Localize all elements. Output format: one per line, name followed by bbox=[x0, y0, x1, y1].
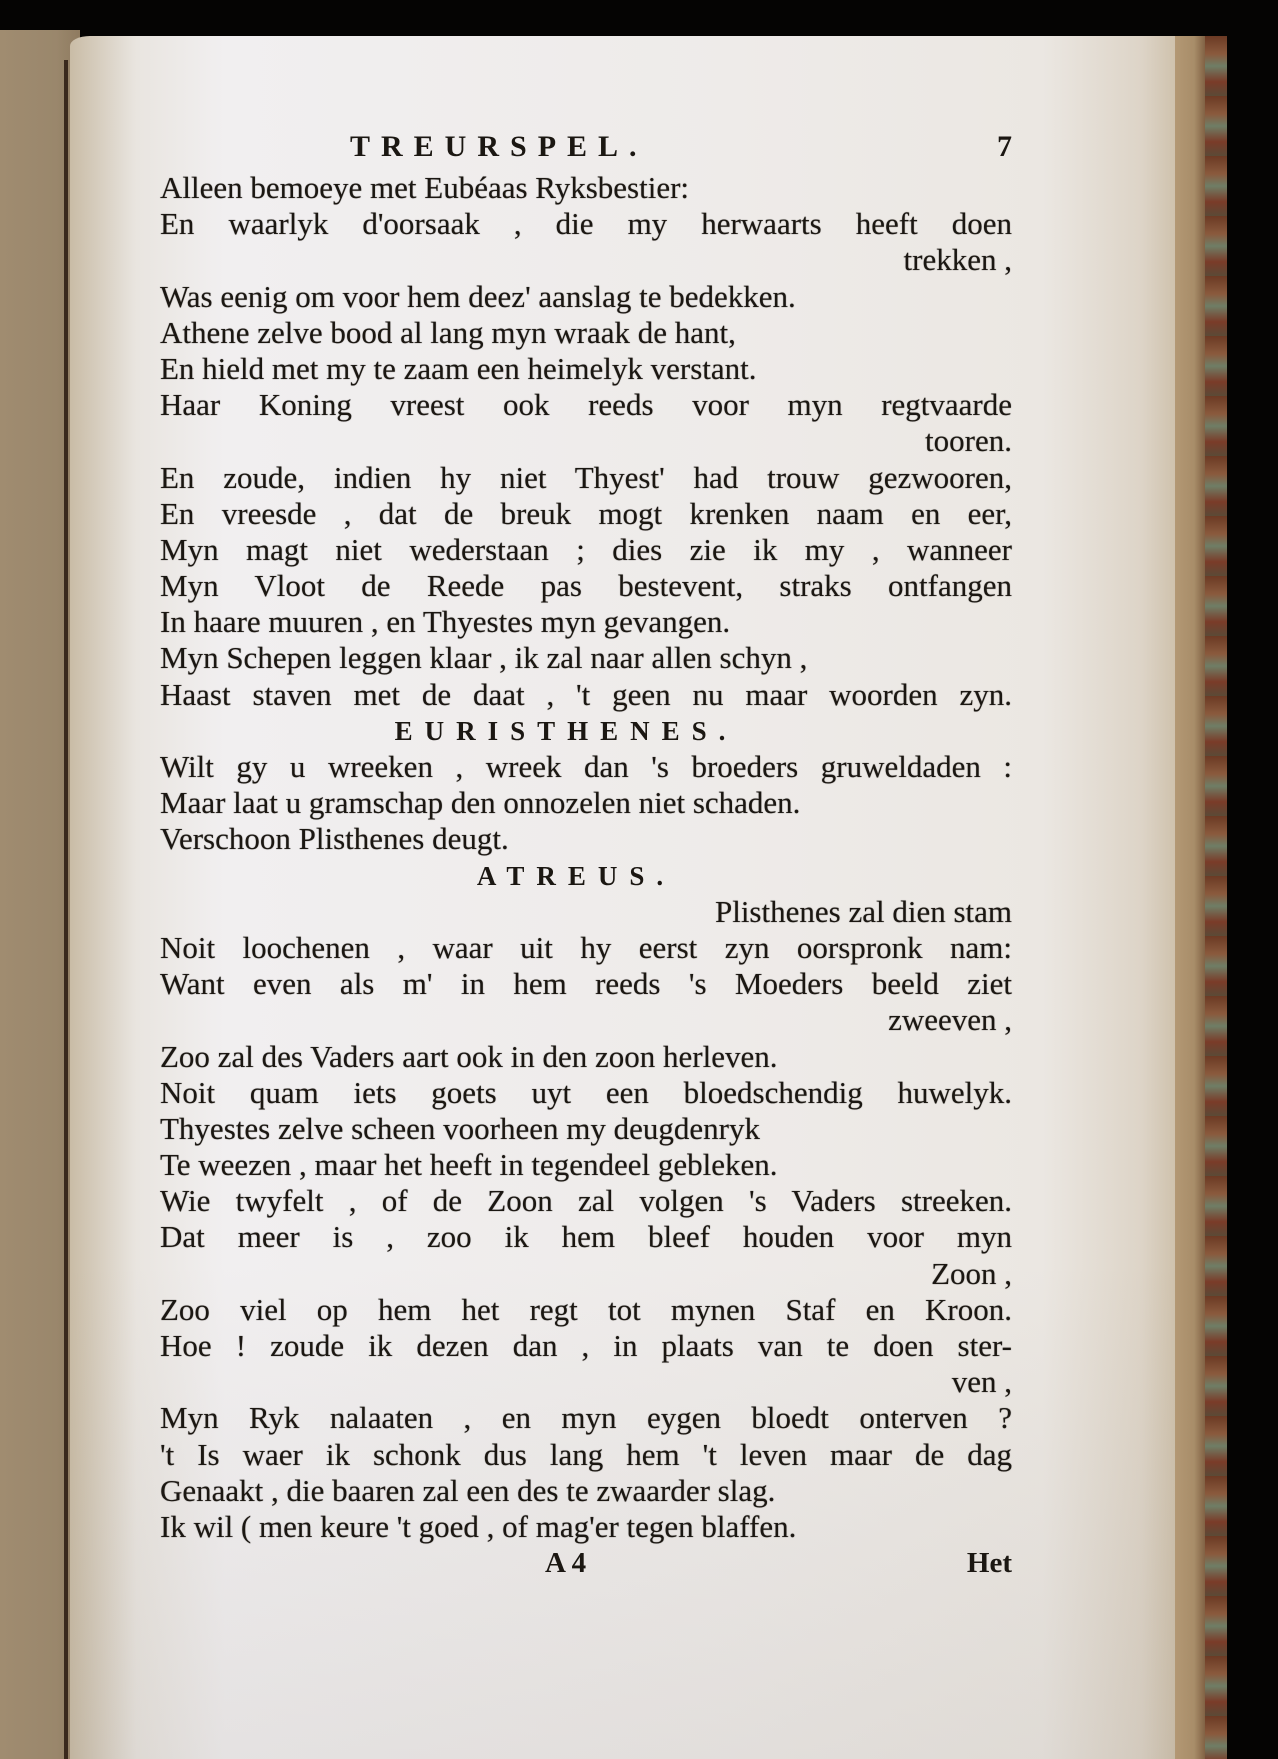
catchword: Het bbox=[967, 1547, 1012, 1580]
signature-mark: A 4 bbox=[545, 1547, 586, 1580]
verse-line: Athene zelve bood al lang myn wraak de h… bbox=[160, 315, 1012, 351]
verse-line: In haare muuren , en Thyestes myn gevang… bbox=[160, 604, 1012, 640]
verse-line: Haar Koning vreest ook reeds voor myn re… bbox=[160, 387, 1012, 423]
verse-line: Myn Vloot de Reede pas bestevent, straks… bbox=[160, 568, 1012, 604]
verse-line: Myn Ryk nalaaten , en myn eygen bloedt o… bbox=[160, 1400, 1012, 1436]
page-footer: A 4 Het bbox=[160, 1547, 1012, 1587]
verse-line: Myn Schepen leggen klaar , ik zal naar a… bbox=[160, 640, 1012, 676]
verse-lines: Alleen bemoeye met Eubéaas Ryksbestier:E… bbox=[160, 170, 1012, 1545]
marbled-edge bbox=[1205, 36, 1227, 1759]
verse-line: Zoon , bbox=[160, 1256, 1012, 1292]
verse-line: Wie twyfelt , of de Zoon zal volgen 's V… bbox=[160, 1183, 1012, 1219]
facing-page-edge bbox=[0, 30, 80, 1759]
verse-line: Was eenig om voor hem deez' aanslag te b… bbox=[160, 279, 1012, 315]
verse-line: Want even als m' in hem reeds 's Moeders… bbox=[160, 966, 1012, 1002]
verse-line: Noit quam iets goets uyt een bloedschend… bbox=[160, 1075, 1012, 1111]
verse-line: Myn magt niet wederstaan ; dies zie ik m… bbox=[160, 532, 1012, 568]
book-cover-board bbox=[1175, 36, 1207, 1759]
verse-line: Verschoon Plisthenes deugt. bbox=[160, 821, 1012, 857]
verse-line: Haast staven met de daat , 't geen nu ma… bbox=[160, 677, 1012, 713]
speaker-name: ATREUS. bbox=[160, 858, 1012, 894]
verse-line: 't Is waer ik schonk dus lang hem 't lev… bbox=[160, 1437, 1012, 1473]
background-dark-top bbox=[0, 0, 1278, 40]
verse-line: Plisthenes zal dien stam bbox=[160, 894, 1012, 930]
verse-line: Hoe ! zoude ik dezen dan , in plaats van… bbox=[160, 1328, 1012, 1364]
verse-line: tooren. bbox=[160, 423, 1012, 459]
verse-line: Noit loochenen , waar uit hy eerst zyn o… bbox=[160, 930, 1012, 966]
verse-line: Te weezen , maar het heeft in tegendeel … bbox=[160, 1147, 1012, 1183]
verse-line: Zoo viel op hem het regt tot mynen Staf … bbox=[160, 1292, 1012, 1328]
verse-line: Wilt gy u wreeken , wreek dan 's broeder… bbox=[160, 749, 1012, 785]
page-text: TREURSPEL. 7 Alleen bemoeye met Eubéaas … bbox=[160, 130, 1012, 1587]
verse-line: En waarlyk d'oorsaak , die my herwaarts … bbox=[160, 206, 1012, 242]
book-gutter bbox=[64, 60, 68, 1759]
verse-line: En zoude, indien hy niet Thyest' had tro… bbox=[160, 460, 1012, 496]
speaker-name: EURISTHENES. bbox=[160, 713, 1012, 749]
verse-line: trekken , bbox=[160, 242, 1012, 278]
running-head: TREURSPEL. 7 bbox=[160, 130, 1012, 170]
verse-line: Genaakt , die baaren zal een des te zwaa… bbox=[160, 1473, 1012, 1509]
verse-line: Thyestes zelve scheen voorheen my deugde… bbox=[160, 1111, 1012, 1147]
verse-line: Ik wil ( men keure 't goed , of mag'er t… bbox=[160, 1509, 1012, 1545]
verse-line: Dat meer is , zoo ik hem bleef houden vo… bbox=[160, 1219, 1012, 1255]
verse-line: Maar laat u gramschap den onnozelen niet… bbox=[160, 785, 1012, 821]
running-title: TREURSPEL. bbox=[350, 130, 648, 164]
verse-line: En vreesde , dat de breuk mogt krenken n… bbox=[160, 496, 1012, 532]
page-number: 7 bbox=[997, 130, 1012, 164]
verse-line: En hield met my te zaam een heimelyk ver… bbox=[160, 351, 1012, 387]
verse-line: Alleen bemoeye met Eubéaas Ryksbestier: bbox=[160, 170, 1012, 206]
verse-line: zweeven , bbox=[160, 1002, 1012, 1038]
verse-line: Zoo zal des Vaders aart ook in den zoon … bbox=[160, 1039, 1012, 1075]
verse-line: ven , bbox=[160, 1364, 1012, 1400]
